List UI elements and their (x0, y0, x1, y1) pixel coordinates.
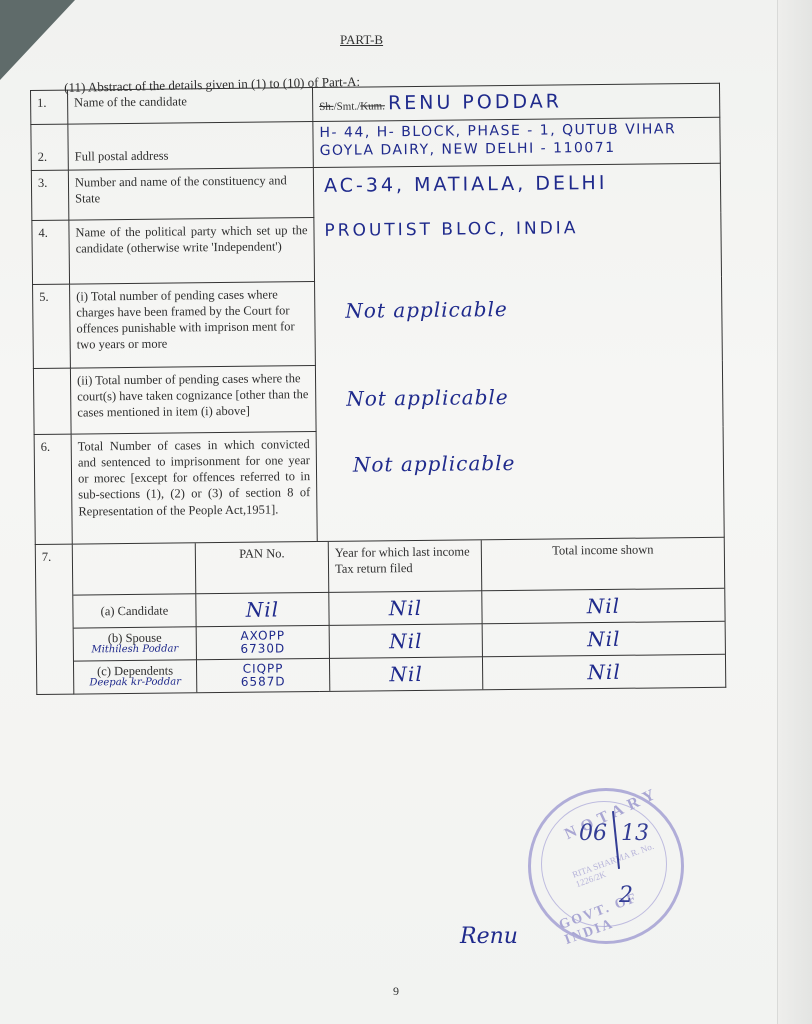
row-constituency: 3. Number and name of the constituency a… (31, 163, 720, 220)
income-label-cell: (c) Dependents Deepak kr-Poddar (74, 659, 197, 693)
row-number: 5. (33, 284, 71, 368)
income-value: Nil (587, 594, 621, 618)
pan-line-2: 6587D (203, 675, 323, 689)
page-number: 9 (393, 984, 399, 999)
row-income-details: 7. PAN No. Year for which last income Ta… (35, 537, 726, 694)
row-number: 7. (35, 544, 74, 694)
income-value: Nil (587, 660, 621, 684)
year-value: Nil (389, 662, 423, 686)
spouse-name: Mithilesh Poddar (80, 644, 190, 655)
pending-cases-cognizance-value: Not applicable (326, 382, 713, 452)
income-label-cell: (b) Spouse Mithilesh Poddar (74, 626, 197, 660)
row-label: Full postal address (68, 121, 313, 170)
pan-cell: AXOPP 6730D (196, 625, 329, 659)
part-title: PART-B (340, 32, 383, 48)
row-number: 6. (34, 434, 72, 544)
income-details-cell: PAN No. Year for which last income Tax r… (72, 537, 726, 694)
candidate-signature: Renu (460, 924, 518, 949)
row-postal-address: 2. Full postal address H- 44, H- BLOCK, … (31, 117, 720, 170)
row-number (33, 368, 71, 434)
row-number: 1. (31, 90, 68, 124)
dependent-name: Deepak kr-Poddar (80, 677, 190, 688)
income-table: PAN No. Year for which last income Tax r… (73, 537, 726, 693)
income-row-dependents: (c) Dependents Deepak kr-Poddar CIQPP 65… (74, 654, 725, 693)
income-header-pan: PAN No. (195, 542, 329, 594)
row-number: 4. (32, 220, 70, 284)
income-value: Nil (587, 627, 621, 651)
row-label: Number and name of the constituency and … (68, 167, 314, 220)
constituency-value: AC-34, MATIALA, DELHI (324, 170, 710, 220)
pending-cases-framed-value: Not applicable (325, 294, 712, 386)
row-number: 2. (31, 124, 68, 170)
answers-column: AC-34, MATIALA, DELHI PROUTIST BLOC, IND… (313, 163, 724, 541)
candidate-name-value: RENU PODDAR (388, 90, 562, 114)
page-edge (777, 0, 812, 1024)
row-label: Name of the candidate (68, 88, 313, 124)
year-value: Nil (389, 629, 423, 653)
row-label: Total Number of cases in which convicted… (71, 431, 317, 544)
pan-cell: CIQPP 6587D (196, 658, 329, 692)
notary-stamp: NOTARY RITA SHARMA R. No. 1226/2K GOVT. … (528, 788, 684, 944)
income-header-year: Year for which last income Tax return fi… (328, 540, 482, 592)
abstract-form: 1. Name of the candidate Sh./Smt./Kum. R… (30, 83, 731, 750)
candidate-name-field: Sh./Smt./Kum. RENU PODDAR (312, 83, 719, 121)
address-line-2: GOYLA DAIRY, NEW DELHI - 110071 (320, 138, 714, 160)
title-prefix: Sh./Smt./Kum. (319, 100, 385, 113)
pan-value: Nil (246, 597, 280, 621)
pan-line-2: 6730D (203, 642, 323, 656)
income-header-blank (73, 543, 196, 595)
income-header-total: Total income shown (481, 537, 724, 590)
stamp-handwritten-mark: 2 (619, 883, 633, 908)
row-label: (ii) Total number of pending cases where… (70, 365, 316, 434)
income-label: (a) Candidate (73, 593, 196, 627)
row-label: Name of the political party which set up… (69, 217, 315, 284)
convicted-cases-value: Not applicable (327, 448, 713, 478)
abstract-table: 1. Name of the candidate Sh./Smt./Kum. R… (30, 83, 726, 695)
row-number: 3. (31, 170, 69, 220)
income-header-row: PAN No. Year for which last income Tax r… (73, 537, 724, 594)
folded-corner (0, 0, 75, 80)
row-label: (i) Total number of pending cases where … (70, 281, 316, 368)
postal-address-field: H- 44, H- BLOCK, PHASE - 1, QUTUB VIHAR … (313, 117, 720, 167)
party-value: PROUTIST BLOC, INDIA (324, 216, 711, 298)
year-value: Nil (389, 596, 423, 620)
